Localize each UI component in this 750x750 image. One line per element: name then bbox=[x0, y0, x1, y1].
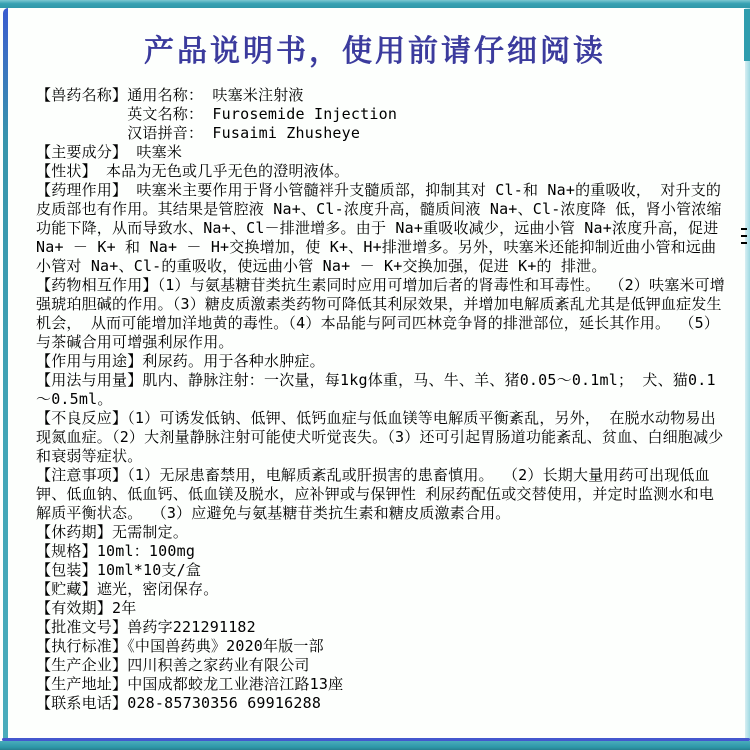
section-label: 【药理作用】 bbox=[36, 181, 127, 199]
section-label: 【不良反应】 bbox=[36, 409, 127, 427]
section-text: （1）无尿患畜禁用，电解质紊乱或肝损害的患畜慎用。 （2）长期大量用药可出现低血… bbox=[36, 466, 714, 522]
drug-name-line: 【兽药名称】 通用名称： 呋塞米注射液 bbox=[36, 86, 726, 105]
leaflet-content: 产品说明书，使用前请仔细阅读 【兽药名称】 通用名称： 呋塞米注射液 【兽药名称… bbox=[10, 8, 740, 713]
leaflet-section: 【主要成分】 呋塞米 bbox=[36, 143, 726, 162]
drug-name-line: 【兽药名称】 英文名称： Furosemide Injection bbox=[36, 105, 726, 124]
section-label: 【规格】 bbox=[36, 542, 97, 560]
section-label: 【联系电话】 bbox=[36, 694, 127, 712]
section-label: 【有效期】 bbox=[36, 599, 112, 617]
leaflet-section: 【注意事项】（1）无尿患畜禁用，电解质紊乱或肝损害的患畜慎用。 （2）长期大量用… bbox=[36, 466, 726, 523]
drug-name-label: 【兽药名称】 bbox=[36, 86, 127, 105]
leaflet-section: 【联系电话】028-85730356 69916288 bbox=[36, 694, 726, 713]
leaflet-section: 【药理作用】 呋塞米主要作用于肾小管髓袢升支髓质部，抑制其对 Cl-和 Na+的… bbox=[36, 181, 726, 276]
section-text: 呋塞米 bbox=[127, 143, 182, 161]
section-text: 2年 bbox=[112, 599, 136, 617]
sections-list: 【主要成分】 呋塞米 【性状】 本品为无色或几乎无色的澄明液体。 【药理作用】 … bbox=[36, 143, 726, 713]
cropped-text-artifact bbox=[741, 228, 747, 244]
section-label: 【休药期】 bbox=[36, 523, 112, 541]
section-label: 【生产地址】 bbox=[36, 675, 127, 693]
leaflet-section: 【贮藏】遮光，密闭保存。 bbox=[36, 580, 726, 599]
generic-name: 通用名称： 呋塞米注射液 bbox=[127, 86, 303, 105]
page-title: 产品说明书，使用前请仔细阅读 bbox=[10, 26, 740, 70]
leaflet-body: 【兽药名称】 通用名称： 呋塞米注射液 【兽药名称】 英文名称： Furosem… bbox=[36, 86, 726, 713]
leaflet-section: 【休药期】无需制定。 bbox=[36, 523, 726, 542]
section-text: 《中国兽药典》2020年版一部 bbox=[127, 637, 324, 655]
leaflet-section: 【包装】10ml*10支/盒 bbox=[36, 561, 726, 580]
leaflet-section: 【药物相互作用】（1）与氨基糖苷类抗生素同时应用可增加后者的肾毒性和耳毒性。 （… bbox=[36, 276, 726, 352]
right-edge-dark-segment bbox=[744, 9, 750, 61]
top-teal-border bbox=[0, 0, 750, 8]
bottom-teal-border bbox=[0, 741, 750, 750]
leaflet-section: 【批准文号】兽药字221291182 bbox=[36, 618, 726, 637]
leaflet-section: 【作用与用途】利尿药。用于各种水肿症。 bbox=[36, 352, 726, 371]
section-label: 【作用与用途】 bbox=[36, 352, 142, 370]
drug-name-line: 【兽药名称】 汉语拼音： Fusaimi Zhusheye bbox=[36, 124, 726, 143]
section-text: 本品为无色或几乎无色的澄明液体。 bbox=[97, 162, 349, 180]
right-edge-border bbox=[745, 8, 750, 741]
leaflet-section: 【规格】10ml：100mg bbox=[36, 542, 726, 561]
leaflet-section: 【有效期】2年 bbox=[36, 599, 726, 618]
section-text: 10ml*10支/盒 bbox=[97, 561, 201, 579]
leaflet-section: 【执行标准】《中国兽药典》2020年版一部 bbox=[36, 637, 726, 656]
section-text: 遮光，密闭保存。 bbox=[97, 580, 219, 598]
section-text: 无需制定。 bbox=[112, 523, 188, 541]
drug-name-section: 【兽药名称】 通用名称： 呋塞米注射液 【兽药名称】 英文名称： Furosem… bbox=[36, 86, 726, 143]
section-text: 10ml：100mg bbox=[97, 542, 195, 560]
section-text: 利尿药。用于各种水肿症。 bbox=[142, 352, 324, 370]
section-label: 【用法与用量】 bbox=[36, 371, 142, 389]
section-label: 【药物相互作用】 bbox=[36, 276, 158, 294]
section-text: （1）可诱发低钠、低钾、低钙血症与低血镁等电解质平衡紊乱，另外， 在脱水动物易出… bbox=[36, 409, 723, 465]
english-name: 英文名称： Furosemide Injection bbox=[127, 105, 397, 124]
left-edge-border bbox=[3, 8, 8, 740]
section-text: 兽药字221291182 bbox=[127, 618, 256, 636]
section-text: 中国成都蛟龙工业港涪江路13座 bbox=[127, 675, 343, 693]
leaflet-section: 【不良反应】（1）可诱发低钠、低钾、低钙血症与低血镁等电解质平衡紊乱，另外， 在… bbox=[36, 409, 726, 466]
section-label: 【主要成分】 bbox=[36, 143, 127, 161]
pinyin-name: 汉语拼音： Fusaimi Zhusheye bbox=[127, 124, 360, 143]
section-text: 028-85730356 69916288 bbox=[127, 694, 321, 712]
section-text: 呋塞米主要作用于肾小管髓袢升支髓质部，抑制其对 Cl-和 Na+的重吸收， 对升… bbox=[36, 181, 722, 275]
section-label: 【批准文号】 bbox=[36, 618, 127, 636]
section-label: 【生产企业】 bbox=[36, 656, 127, 674]
leaflet-page: 产品说明书，使用前请仔细阅读 【兽药名称】 通用名称： 呋塞米注射液 【兽药名称… bbox=[0, 0, 750, 750]
section-label: 【包装】 bbox=[36, 561, 97, 579]
leaflet-section: 【用法与用量】肌内、静脉注射：一次量，每1kg体重，马、牛、羊、猪0.05～0.… bbox=[36, 371, 726, 409]
section-label: 【执行标准】 bbox=[36, 637, 127, 655]
section-text: 四川积善之家药业有限公司 bbox=[127, 656, 309, 674]
leaflet-section: 【生产企业】四川积善之家药业有限公司 bbox=[36, 656, 726, 675]
leaflet-section: 【性状】 本品为无色或几乎无色的澄明液体。 bbox=[36, 162, 726, 181]
section-label: 【注意事项】 bbox=[36, 466, 127, 484]
section-label: 【贮藏】 bbox=[36, 580, 97, 598]
leaflet-section: 【生产地址】中国成都蛟龙工业港涪江路13座 bbox=[36, 675, 726, 694]
section-label: 【性状】 bbox=[36, 162, 97, 180]
